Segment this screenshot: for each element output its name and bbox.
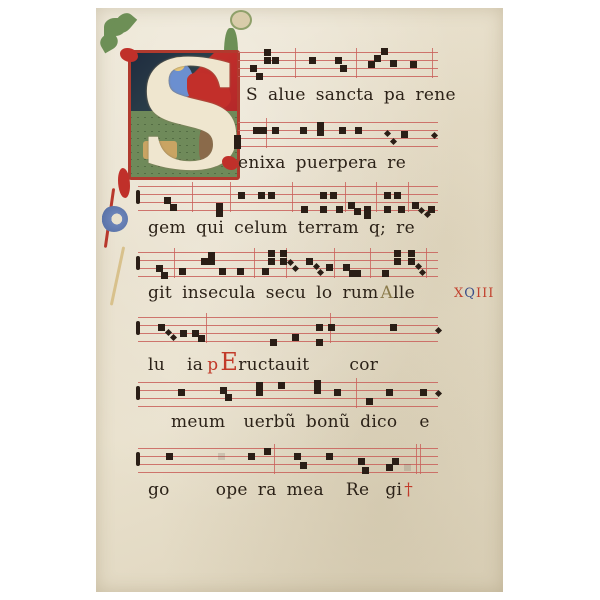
clef-icon	[136, 386, 140, 400]
music-staff-5	[138, 313, 438, 343]
lyric-line-7: gooperameaRegi†	[148, 480, 423, 500]
music-staff-3	[138, 182, 438, 212]
psalm-rubric: p	[207, 355, 218, 375]
clef-icon	[136, 321, 140, 335]
green-vine-curl	[230, 10, 252, 30]
music-staff-6	[138, 378, 438, 408]
red-initial-e: E	[220, 348, 238, 376]
lyric-line-3: gemquicelumterramq;re	[148, 218, 425, 238]
music-staff-1	[238, 48, 438, 78]
manuscript-leaf: S Saluesanctaparene enixapuerperare	[96, 8, 503, 592]
pale-vine-tendril	[110, 246, 125, 305]
music-staff-2	[238, 118, 438, 148]
end-mark: †	[404, 480, 413, 500]
clef-icon	[136, 256, 140, 270]
lyric-line-6: meumuerbũbonũdicoe	[171, 412, 440, 432]
lyric-line-4: gitinseculaseculorumAlle	[148, 283, 425, 303]
lyric-line-1: Saluesanctaparene	[246, 85, 466, 105]
cadel-initial-a: A	[381, 283, 394, 303]
music-staff-7	[138, 444, 438, 474]
clef-icon	[136, 452, 140, 466]
lyric-line-2: enixapuerperare	[238, 153, 416, 173]
clef-icon	[136, 190, 140, 204]
folio-number: XQIII	[454, 286, 494, 301]
lyric-line-5: luiapEructauitcor	[148, 348, 388, 376]
blue-swirl-ornament	[100, 206, 128, 232]
red-acanthus-ornament	[222, 156, 238, 170]
red-acanthus-ornament	[120, 48, 138, 62]
music-staff-4	[138, 248, 438, 278]
